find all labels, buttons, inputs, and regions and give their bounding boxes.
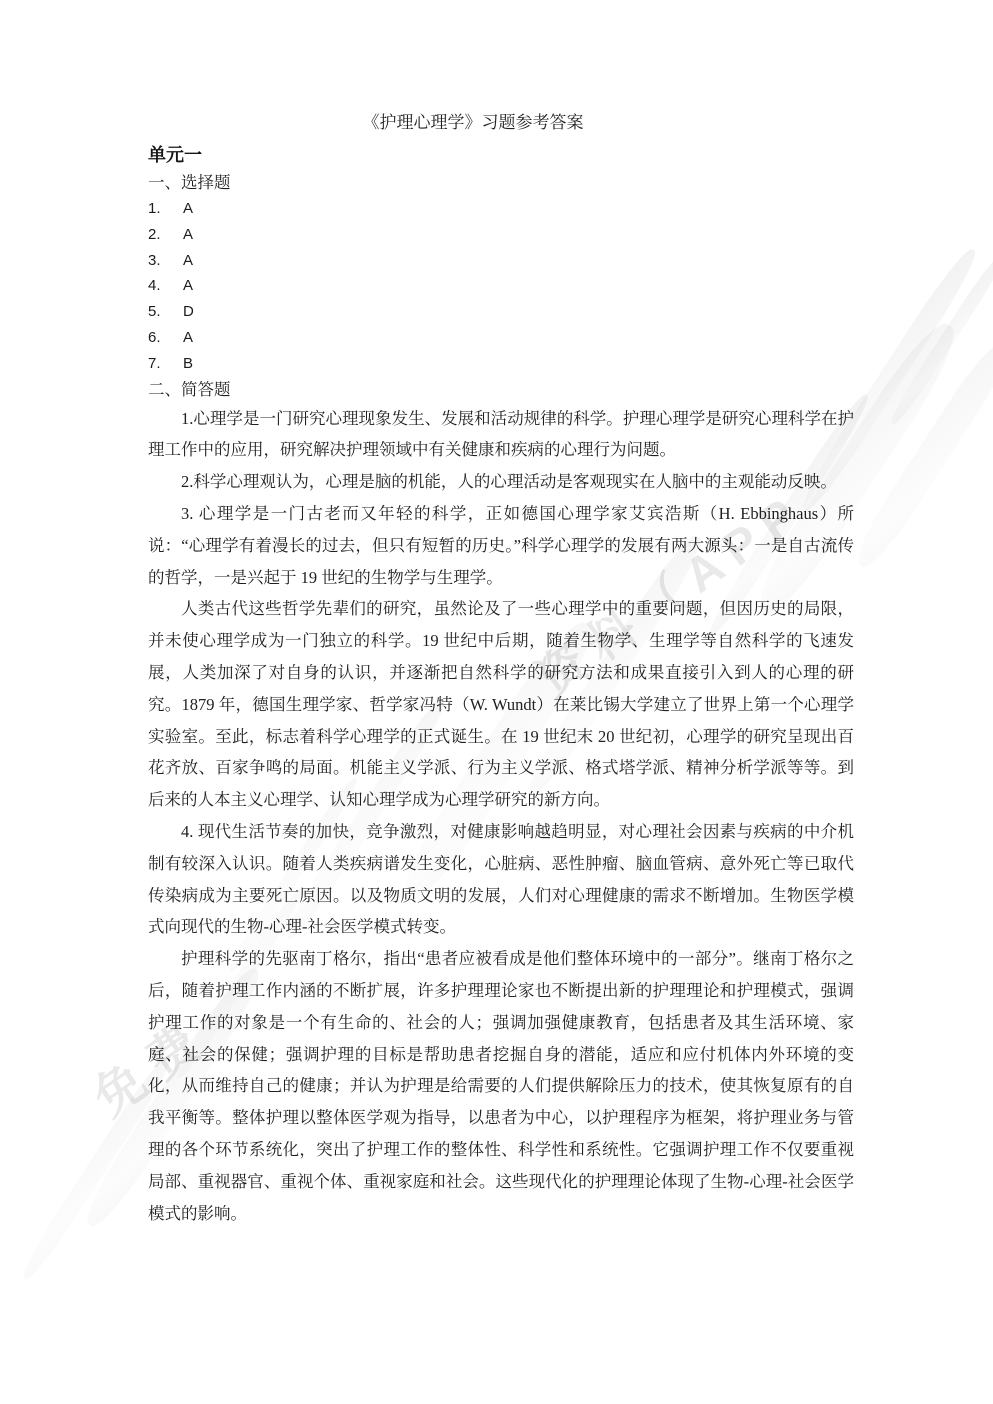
answer-number: 2. (148, 222, 183, 248)
paragraph: 2.科学心理观认为，心理是脑的机能，人的心理活动是客观现实在人脑中的主观能动反映… (148, 466, 854, 498)
paragraph: 护理科学的先驱南丁格尔，指出“患者应被看成是他们整体环境中的一部分”。继南丁格尔… (148, 943, 854, 1229)
answer-row: 5.D (148, 299, 854, 325)
answer-row: 1.A (148, 196, 854, 222)
answer-letter: A (183, 329, 193, 346)
answer-letter: A (183, 277, 193, 294)
answer-number: 1. (148, 196, 183, 222)
answer-row: 4.A (148, 273, 854, 299)
paragraph: 3. 心理学是一门古老而又年轻的科学，正如德国心理学家艾宾浩斯（H. Ebbin… (148, 498, 854, 593)
answer-number: 5. (148, 299, 183, 325)
watermark-streak (887, 252, 993, 427)
answer-row: 2.A (148, 222, 854, 248)
unit-heading: 单元一 (148, 140, 854, 170)
answer-number: 3. (148, 248, 183, 274)
watermark-streak (848, 335, 993, 574)
answer-letter: B (183, 355, 193, 372)
answer-number: 7. (148, 351, 183, 377)
paragraph: 人类古代这些哲学先辈们的研究，虽然论及了一些心理学中的重要问题，但因历史的局限，… (148, 593, 854, 816)
answer-number: 6. (148, 325, 183, 351)
page-title: 《护理心理学》习题参考答案 (148, 0, 854, 136)
document-content: 《护理心理学》习题参考答案 单元一 一、选择题 1.A 2.A 3.A 4.A … (148, 0, 854, 1229)
document-page: 免费 资料（APP 《护理心理学》习题参考答案 单元一 一、选择题 1.A 2.… (0, 0, 993, 1404)
paragraph: 1.心理学是一门研究心理现象发生、发展和活动规律的科学。护理心理学是研究心理科学… (148, 403, 854, 467)
paragraph: 4. 现代生活节奏的加快，竞争激烈，对健康影响越趋明显，对心理社会因素与疾病的中… (148, 816, 854, 943)
answer-letter: A (183, 200, 193, 217)
section-heading-short-answer: 二、简答题 (148, 377, 854, 403)
answer-number: 4. (148, 273, 183, 299)
answer-row: 3.A (148, 248, 854, 274)
answer-row: 6.A (148, 325, 854, 351)
choice-answer-list: 1.A 2.A 3.A 4.A 5.D 6.A 7.B (148, 196, 854, 377)
answer-letter: D (183, 303, 194, 320)
answer-row: 7.B (148, 351, 854, 377)
answer-letter: A (183, 252, 193, 269)
answer-letter: A (183, 226, 193, 243)
section-heading-choice: 一、选择题 (148, 170, 854, 196)
